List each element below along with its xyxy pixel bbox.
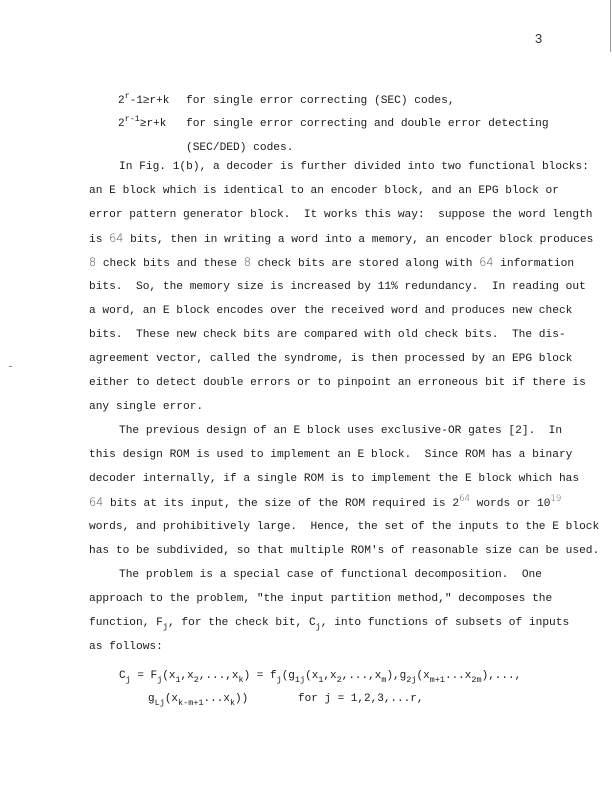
paragraph-3-line: as follows: bbox=[89, 640, 163, 654]
paragraph-2-line: decoder internally, if a single ROM is t… bbox=[89, 472, 579, 486]
paragraph-2-line: The previous design of an E block uses e… bbox=[119, 424, 562, 438]
paragraph-1-line: is 64 bits, then in writing a word into … bbox=[89, 232, 593, 247]
paragraph-1-line: bits. So, the memory size is increased b… bbox=[89, 280, 586, 294]
paragraph-1-line: agreement vector, called the syndrome, i… bbox=[89, 352, 572, 366]
paragraph-3-line: The problem is a special case of functio… bbox=[119, 568, 542, 582]
paragraph-1-line: In Fig. 1(b), a decoder is further divid… bbox=[119, 160, 589, 174]
equation-condition: for j = 1,2,3,...r, bbox=[298, 693, 423, 705]
margin-mark bbox=[9, 366, 12, 367]
paragraph-1-line: an E block which is identical to an enco… bbox=[89, 184, 559, 198]
paragraph-1-line: bits. These new check bits are compared … bbox=[89, 328, 566, 342]
paragraph-1-line: any single error. bbox=[89, 400, 203, 414]
paragraph-2-line: words, and prohibitively large. Hence, t… bbox=[89, 520, 599, 534]
paragraph-2-line: this design ROM is used to implement an … bbox=[89, 448, 572, 462]
paragraph-1-line: error pattern generator block. It works … bbox=[89, 208, 593, 222]
document-page: 3 2r-1≥r+k for single error correcting (… bbox=[0, 0, 612, 791]
inequality-sec-lhs: 2r-1≥r+k bbox=[118, 95, 169, 107]
page-number: 3 bbox=[535, 31, 542, 46]
paragraph-1-line: either to detect double errors or to pin… bbox=[89, 376, 586, 390]
paragraph-3-line: approach to the problem, "the input part… bbox=[89, 592, 552, 606]
inequality-secded-continuation: (SEC/DED) codes. bbox=[186, 142, 293, 154]
inequality-sec-text: for single error correcting (SEC) codes, bbox=[186, 95, 455, 107]
equation-line-2: gLj(xk-m+1...xk)) bbox=[148, 693, 248, 705]
paragraph-1-line: 8 check bits and these 8 check bits are … bbox=[89, 256, 574, 271]
inequality-secded-text: for single error correcting and double e… bbox=[186, 118, 549, 130]
inequality-secded-lhs: 2r-1≥r+k bbox=[118, 118, 166, 130]
equation-line-1: Cj = Fj(x1,x2,...,xk) = fj(g1j(x1,x2,...… bbox=[119, 670, 521, 682]
paragraph-1-line: a word, an E block encodes over the rece… bbox=[89, 304, 572, 318]
page-edge-mark bbox=[610, 0, 611, 52]
paragraph-3-line: function, Fj, for the check bit, Cj, int… bbox=[89, 616, 569, 630]
paragraph-2-line: 64 bits at its input, the size of the RO… bbox=[89, 496, 561, 511]
paragraph-2-line: has to be subdivided, so that multiple R… bbox=[89, 544, 599, 558]
